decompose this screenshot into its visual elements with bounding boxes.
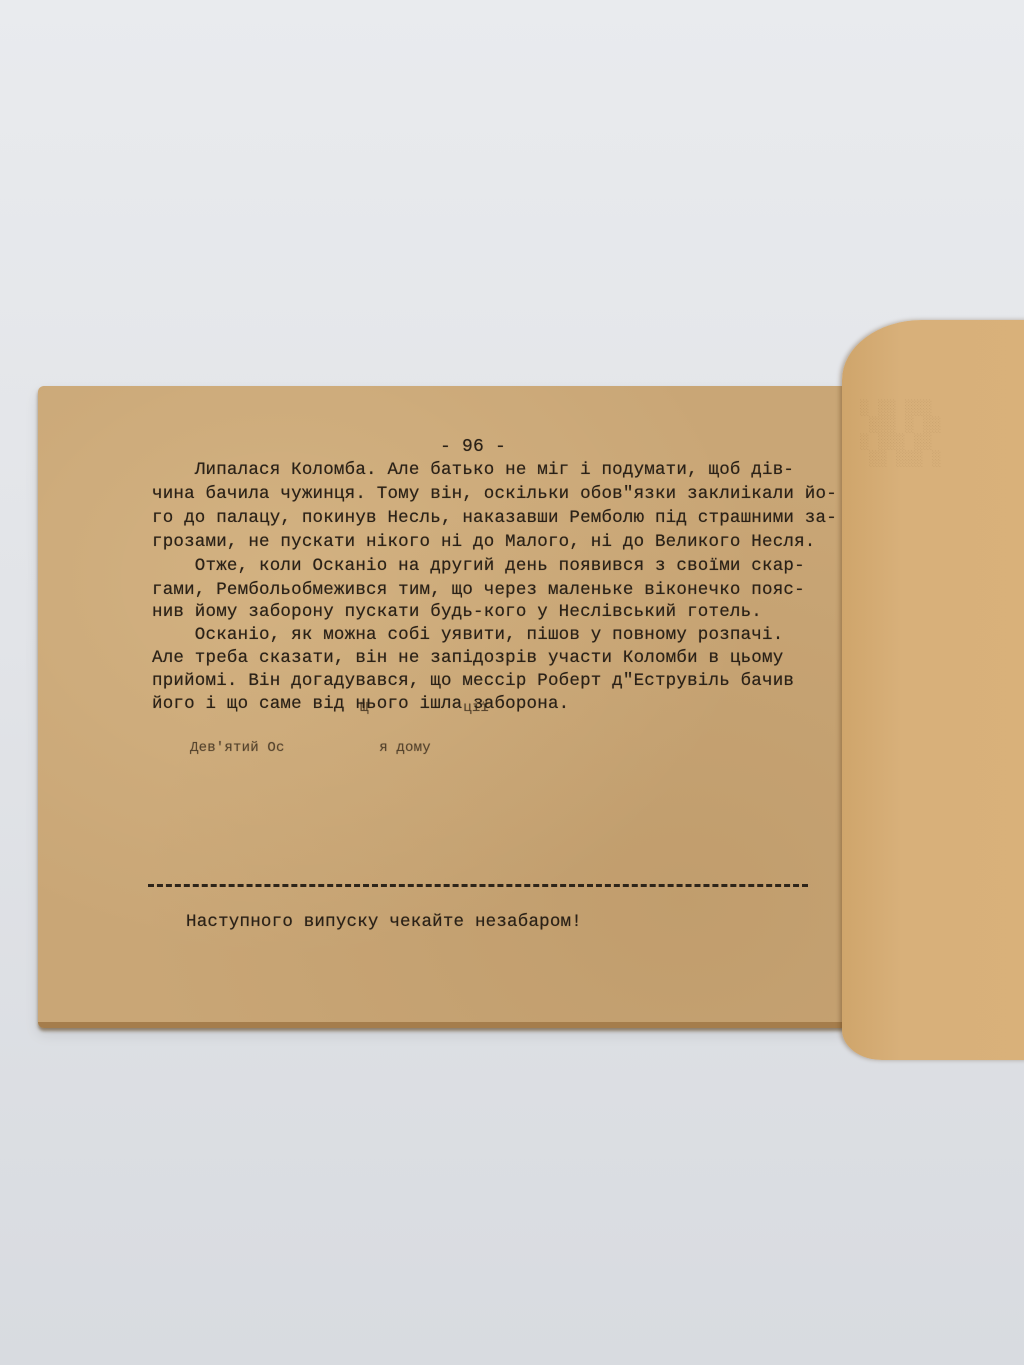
text-line: нив йому заборону пускати будь-кого у Не… — [152, 602, 762, 622]
right-page-bleed-text: ░ ░░ ░░░ ░░░ ░ ░░ ░ ░░░ ░░ ░░ ░░░ ░ — [860, 400, 941, 468]
text-line: Осканіо, як можна собі уявити, пішов у п… — [152, 625, 783, 645]
text-line: гами, Рембольобмежився тим, що через мал… — [152, 580, 805, 600]
page-number: - 96 - — [440, 437, 506, 457]
text-line: Отже, коли Осканіо на другий день появив… — [152, 556, 805, 576]
bleed-through-line: Дев'ятий Ос я дому — [190, 740, 491, 756]
bleed-through-heading: Щ ції — [360, 700, 489, 716]
bleed-through-line — [170, 786, 256, 802]
dashed-divider — [148, 884, 808, 887]
text-line: Липалася Коломба. Але батько не міг і по… — [152, 460, 794, 480]
text-line: грозами, не пускати нікого ні до Малого,… — [152, 532, 816, 552]
text-line: Але треба сказати, він не запідозрів уча… — [152, 648, 783, 668]
text-line: го до палацу, покинув Несль, наказавши Р… — [152, 508, 837, 528]
closing-note: Наступного випуску чекайте незабаром! — [186, 912, 582, 932]
text-line: чина бачила чужинця. Тому він, оскільки … — [152, 484, 837, 504]
text-line: прийомі. Він догадувався, що мессір Робе… — [152, 671, 794, 691]
